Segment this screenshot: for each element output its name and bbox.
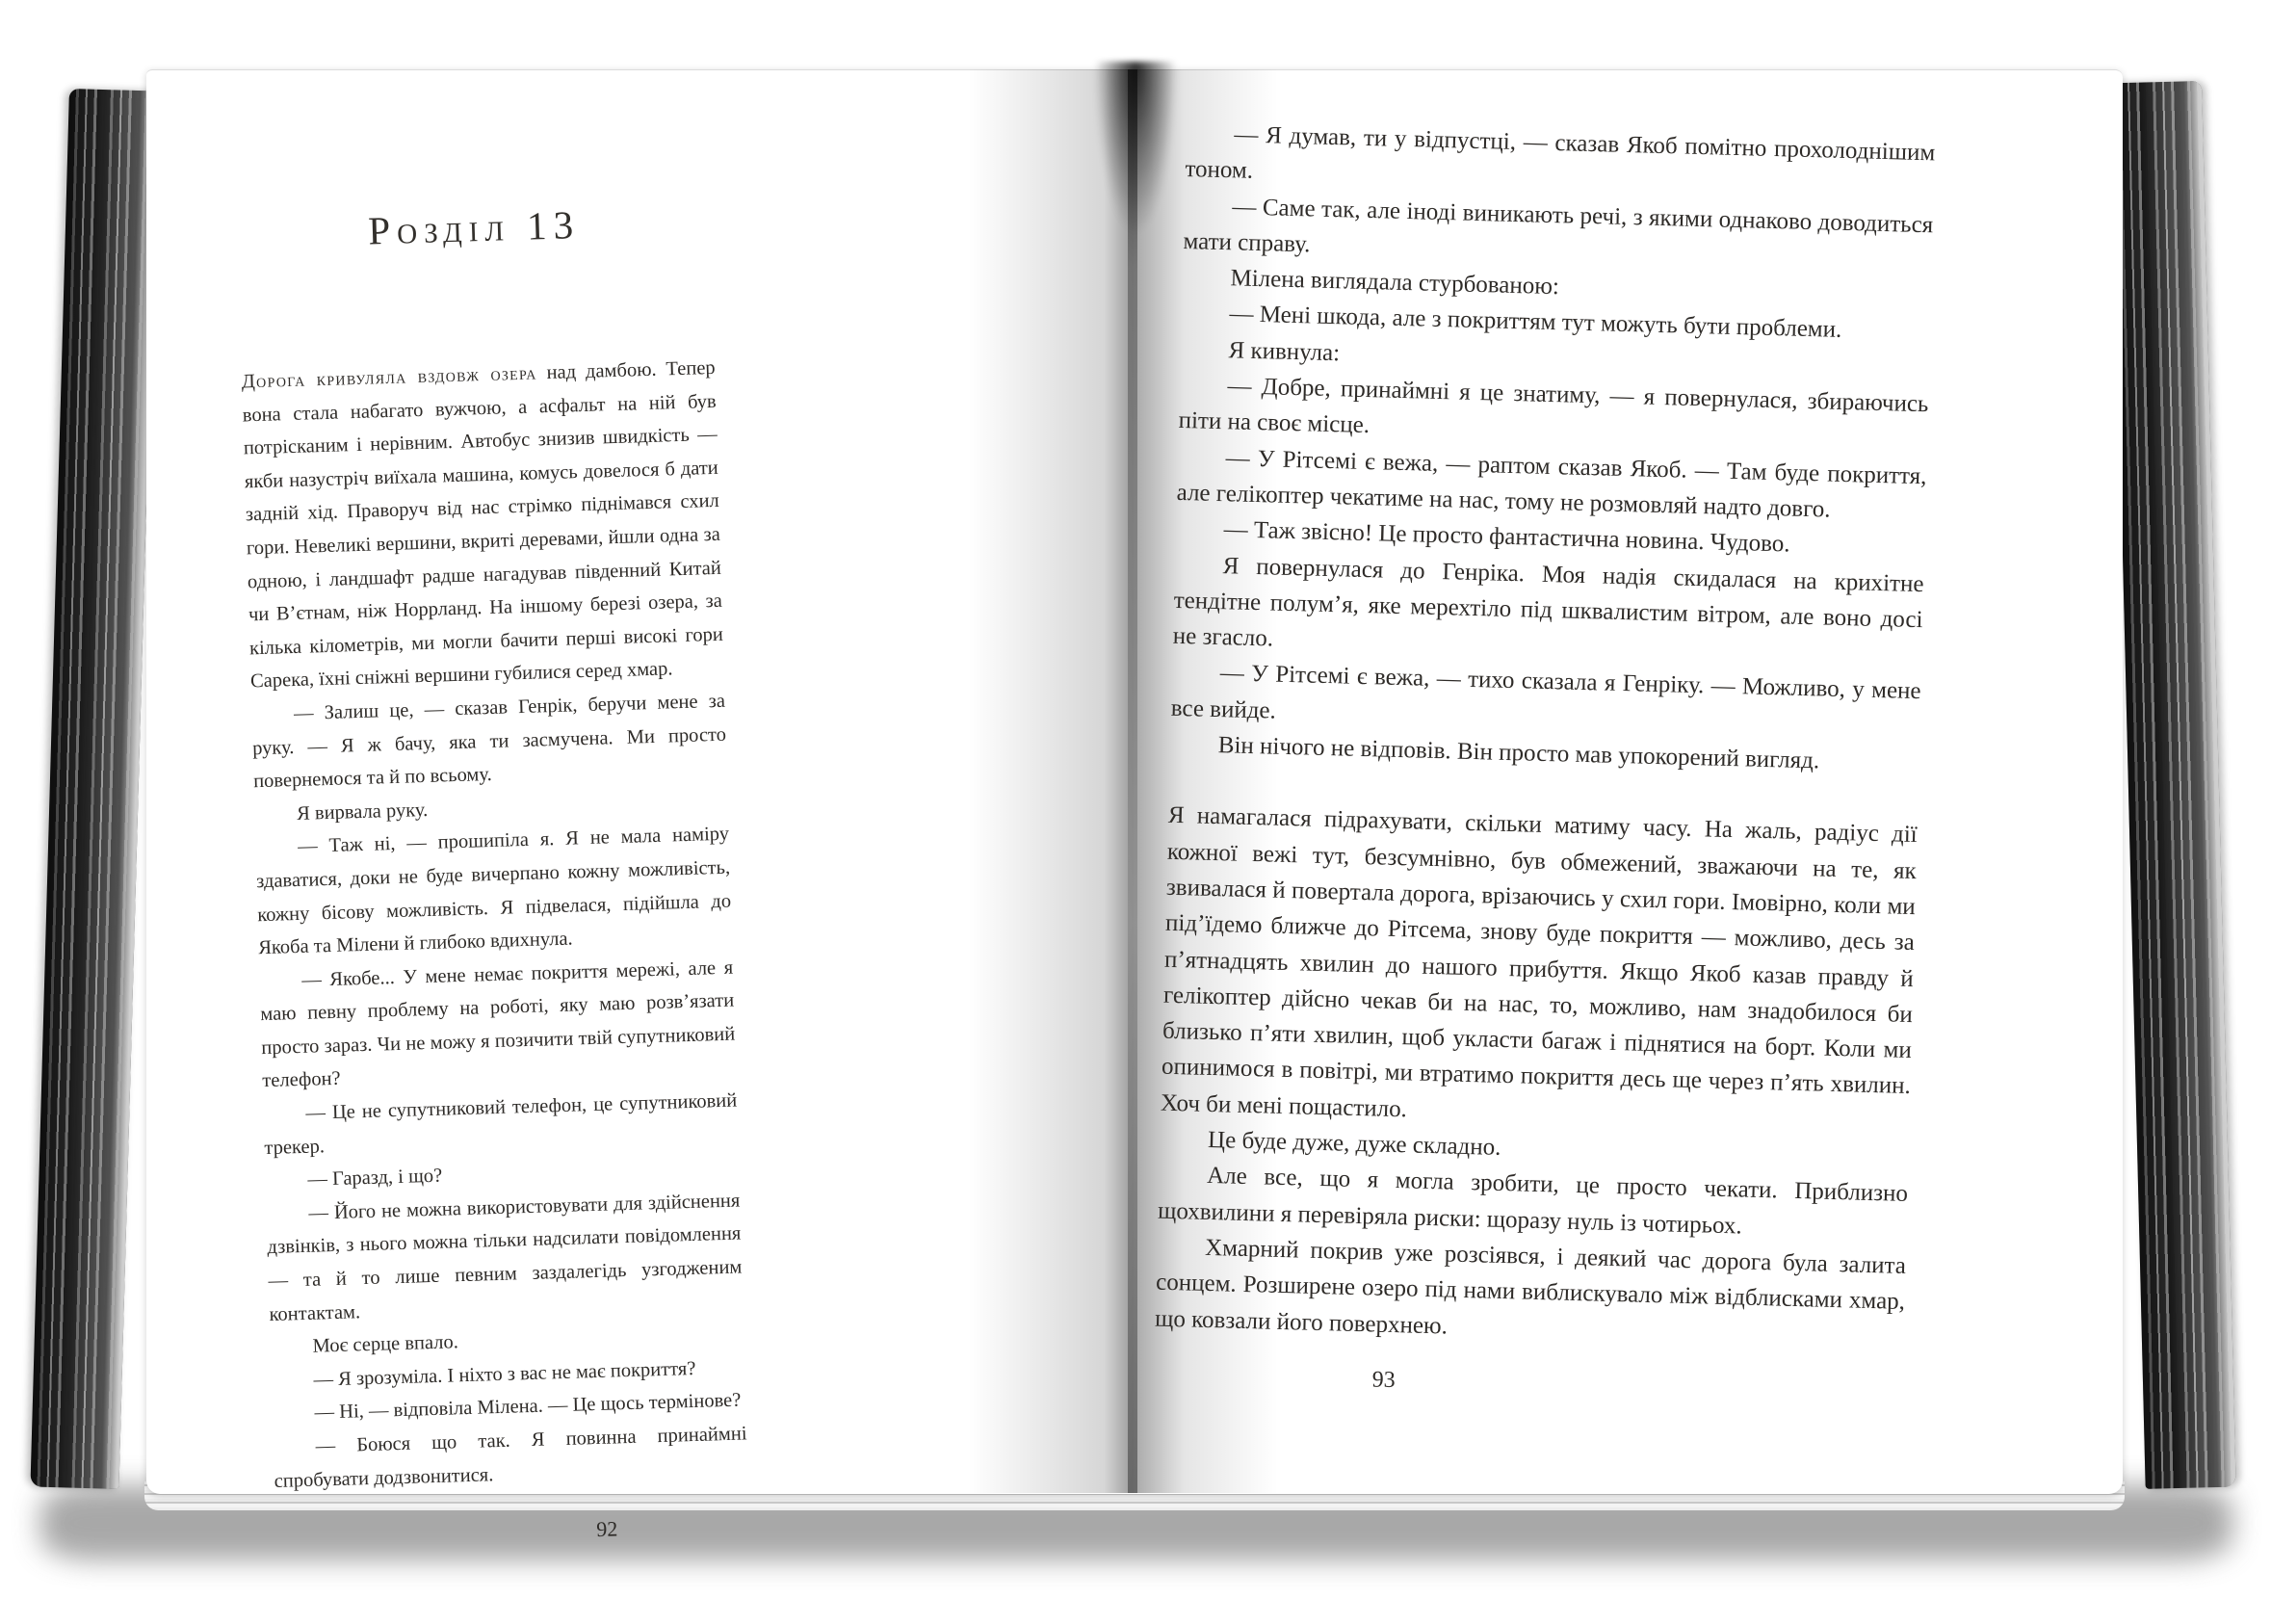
paragraph: Я намагалася підрахувати, скільки матиму… — [1161, 798, 1919, 1140]
paragraph: Я повернулася до Генріка. Моя надія скид… — [1172, 546, 1924, 673]
left-page-gutter-shade — [968, 69, 1134, 1493]
chapter-opening-small-caps: Дорога кривуляла вздовж озера — [242, 362, 537, 392]
spine-gutter — [1128, 69, 1137, 1493]
paragraph: — Таж ні, — прошипіла я. Я не мала намір… — [255, 818, 733, 965]
paragraph: Хмарний покрив уже розсіявся, і деякий ч… — [1155, 1229, 1907, 1356]
right-page-edge-stack — [2111, 81, 2236, 1489]
page-right: — Я думав, ти у відпустці, — сказав Якоб… — [1153, 116, 1935, 1407]
spine-gutter-top-shadow — [1094, 62, 1177, 235]
page-left: Розділ 13 Дорога кривуляла вздовж озера … — [237, 197, 750, 1552]
paragraph: — Його не можна використовувати для здій… — [266, 1184, 744, 1331]
left-page-edge-stack — [30, 89, 158, 1489]
paragraph: — Якобе... У мене немає покриття мережі,… — [259, 951, 737, 1098]
paragraph: — Залиш це, — сказав Генрік, беручи мене… — [251, 685, 728, 799]
paragraph: — Боюся що так. Я повинна принаймні спро… — [273, 1417, 748, 1498]
paragraph: Дорога кривуляла вздовж озера над дамбою… — [241, 352, 724, 698]
